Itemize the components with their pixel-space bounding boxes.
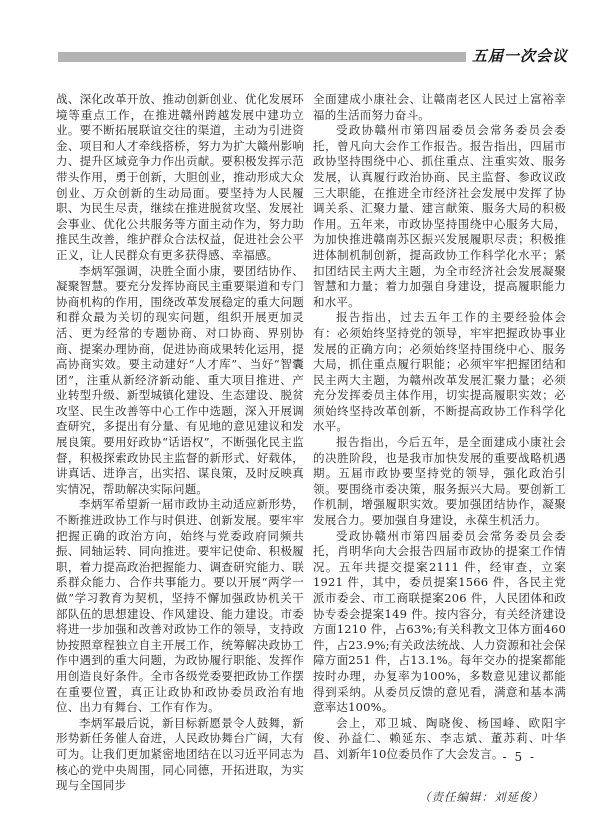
document-page: 五届一次会议 战、深化改革开放、推动创新创业、优化发展环境等重点工作，在推进赣州… <box>0 0 600 814</box>
paragraph: 全面建成小康社会、让赣南老区人民过上富裕幸福的生活而努力奋斗。 <box>313 92 566 123</box>
editor-note: （责任编辑：刘延俊） <box>313 789 566 805</box>
paragraph: 李炳军希望新一届市政协主动适应新形势，不断推进政协工作与时俱进、创新发展。要牢牢… <box>56 497 304 715</box>
header-rule-bar <box>58 52 466 62</box>
paragraph: 报告指出，今后五年，是全面建成小康社会的决胜阶段，也是我市加快发展的重要战略机遇… <box>313 435 566 529</box>
page-number: - 5 - <box>503 750 536 764</box>
paragraph: 受政协赣州市第四届委员会常务委员会委托，曾凡向大会作工作报告。报告指出，四届市政… <box>313 123 566 310</box>
paragraph: 李炳军最后说，新目标新愿景令人鼓舞，新形势新任务催人奋进，人民政协舞台广阔，大有… <box>56 716 304 794</box>
paragraph: 报告指出，过去五年工作的主要经验体会有：必须始终坚持党的领导，牢牢把握政协事业发… <box>313 310 566 435</box>
paragraph: 战、深化改革开放、推动创新创业、优化发展环境等重点工作，在推进赣州跨越发展中建功… <box>56 92 304 264</box>
right-column-paragraphs: 全面建成小康社会、让赣南老区人民过上富裕幸福的生活而努力奋斗。受政协赣州市第四届… <box>313 92 566 763</box>
paragraph: 李炳军强调，决胜全面小康，要团结协作、凝聚智慧。要充分发挥协商民主重要渠道和专门… <box>56 264 304 498</box>
article-body: 战、深化改革开放、推动创新创业、优化发展环境等重点工作，在推进赣州跨越发展中建功… <box>56 92 566 805</box>
section-title: 五届一次会议 <box>472 45 568 66</box>
paragraph: 受政协赣州市第四届委员会常务委员会委托，肖明华向大会报告四届市政协的提案工作情况… <box>313 529 566 716</box>
left-column: 战、深化改革开放、推动创新创业、优化发展环境等重点工作，在推进赣州跨越发展中建功… <box>56 92 304 805</box>
right-column: 全面建成小康社会、让赣南老区人民过上富裕幸福的生活而努力奋斗。受政协赣州市第四届… <box>313 92 566 805</box>
